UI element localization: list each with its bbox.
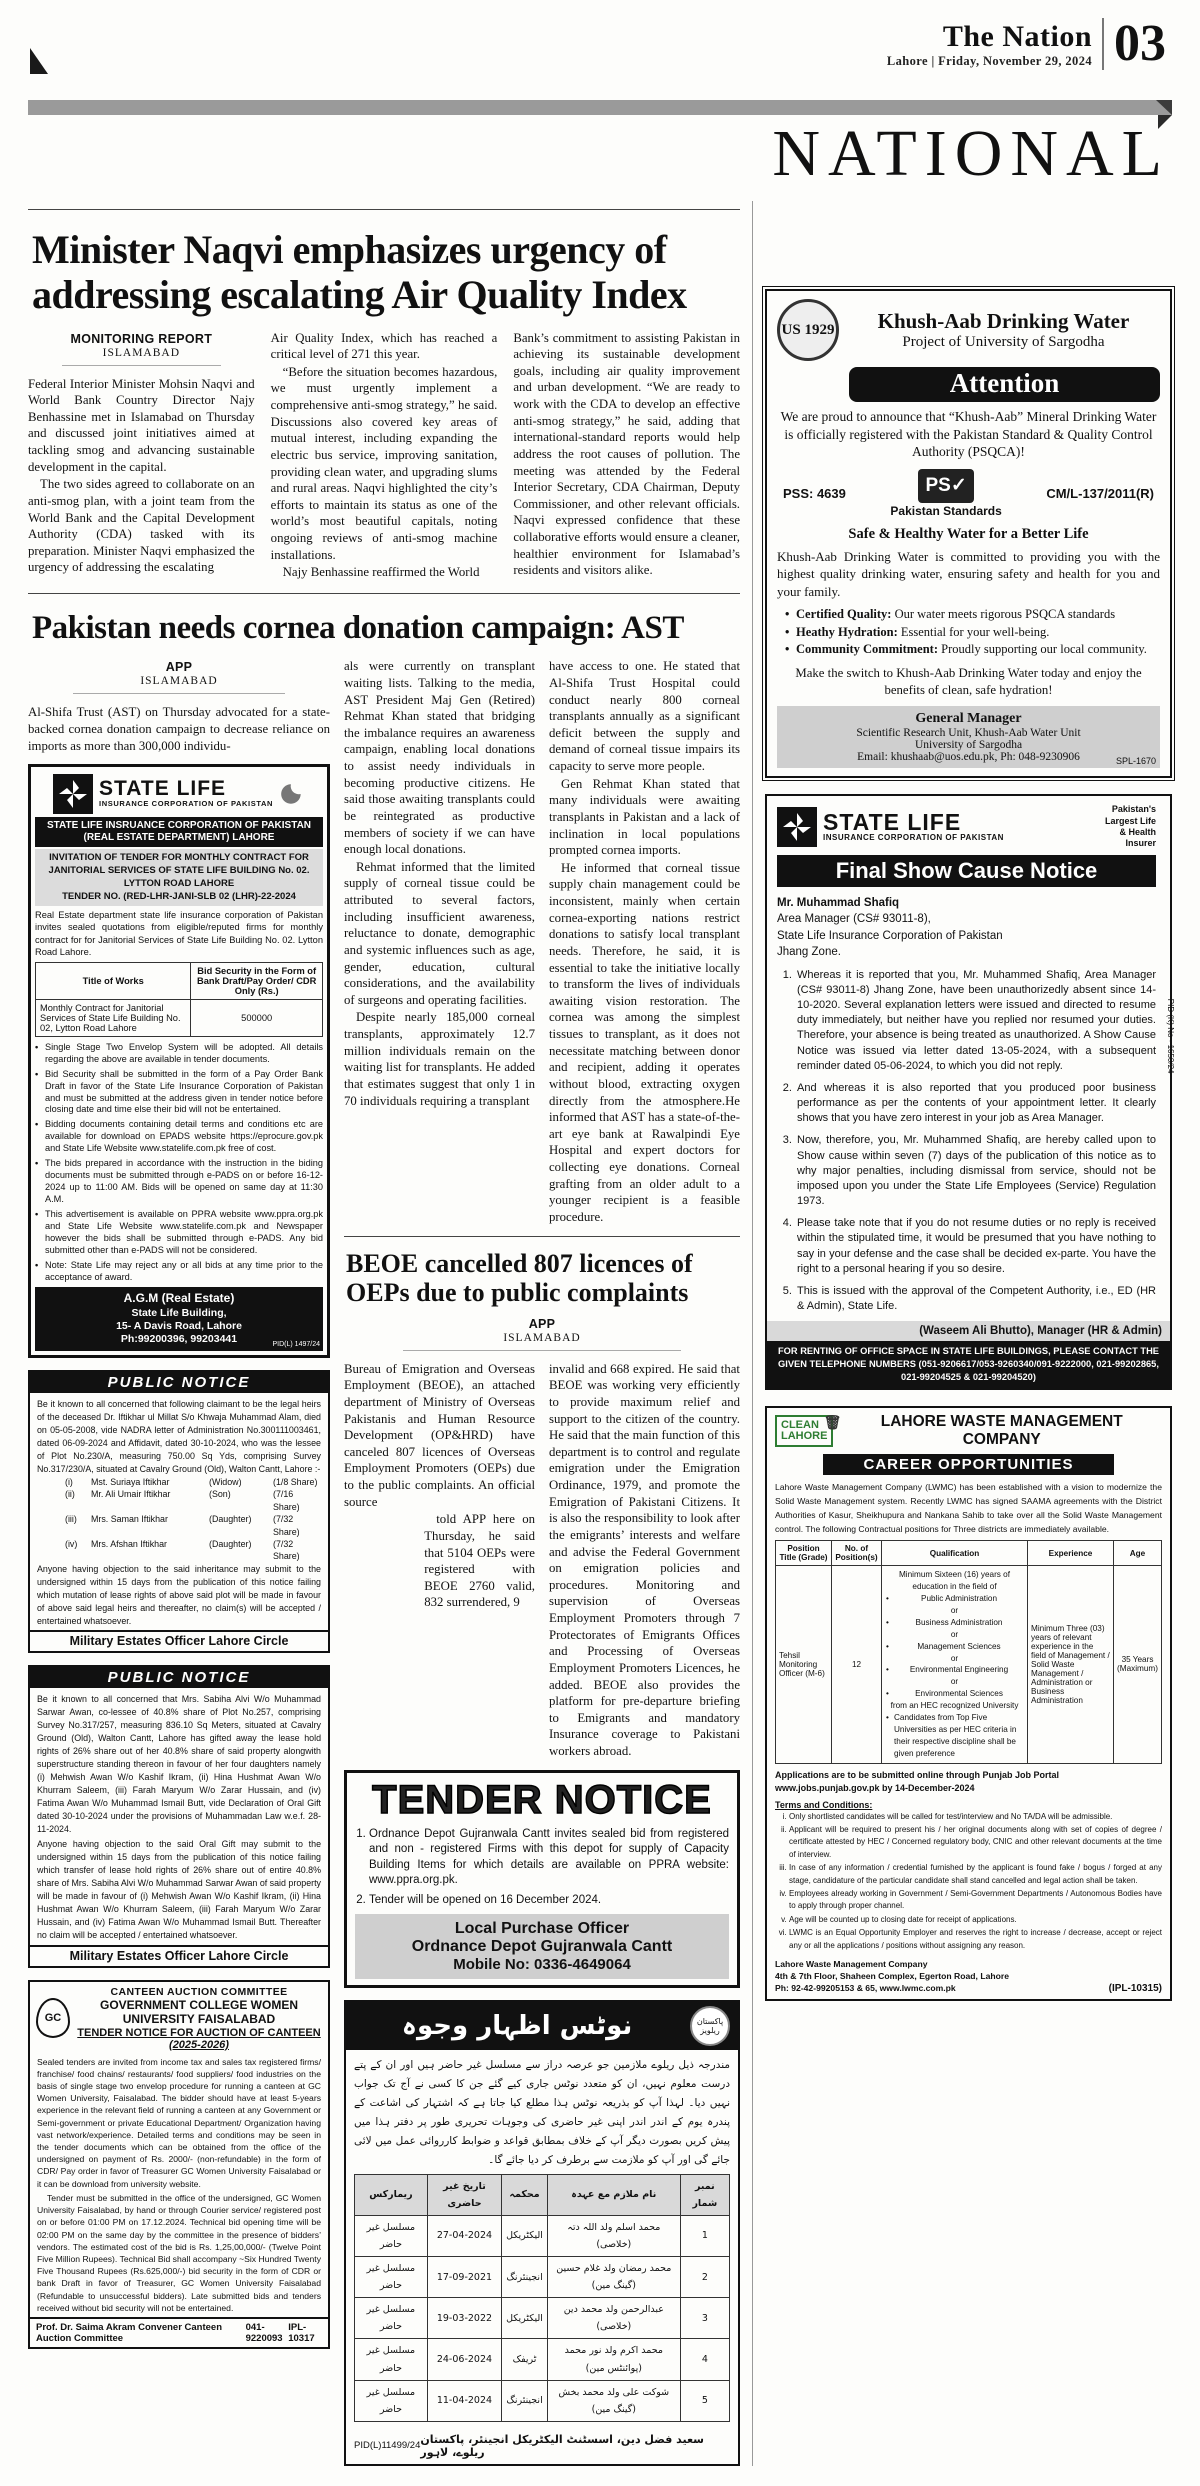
showcause-pid: PID (K) No - 1650/24 bbox=[1167, 998, 1176, 1073]
column-divider bbox=[752, 201, 753, 2466]
statelife-brand-sub: INSURANCE CORPORATION OF PAKISTAN bbox=[99, 799, 273, 808]
body-paragraph: He informed that corneal tissue supply c… bbox=[549, 860, 740, 1226]
terms-item: In case of any information / credential … bbox=[789, 1862, 1162, 1887]
khushaab-ad: US 1929 Khush-Aab Drinking Water Project… bbox=[765, 289, 1172, 778]
byline-source: APP bbox=[344, 1317, 740, 1331]
tender-footer: A.G.M (Real Estate) State Life Building,… bbox=[35, 1287, 323, 1351]
paper-name-block: The Nation Lahore | Friday, November 29,… bbox=[887, 20, 1092, 69]
crescent-icon bbox=[279, 781, 305, 807]
byline-rule bbox=[403, 1350, 680, 1351]
body-paragraph: “Before the situation becomes hazardous,… bbox=[271, 364, 498, 564]
khushaab-bullet: Heathy Hydration: Essential for your wel… bbox=[785, 624, 1160, 642]
khushaab-bullet: Community Commitment: Proudly supporting… bbox=[785, 641, 1160, 659]
article-ast-col1: Al-Shifa Trust (AST) on Thursday advocat… bbox=[28, 704, 330, 754]
article-naqvi-col3: Bank’s commitment to assisting Pakistan … bbox=[513, 330, 740, 581]
urdu-cell: الیکٹریکل bbox=[502, 2215, 548, 2256]
gcwuf-titles: CANTEEN AUCTION COMMITTEE GOVERNMENT COL… bbox=[76, 1986, 322, 2051]
ordnance-tender-item: Tender will be opened on 16 December 202… bbox=[369, 1893, 729, 1909]
gcwuf-header: GC CANTEEN AUCTION COMMITTEE GOVERNMENT … bbox=[30, 1982, 328, 2053]
statelife-brand-block: STATE LIFE INSURANCE CORPORATION OF PAKI… bbox=[823, 812, 1004, 842]
body-paragraph: Despite nearly 185,000 corneal transplan… bbox=[344, 1009, 535, 1109]
urdu-cell: عبدالرحمن ولد محمد دین (خلاصی) bbox=[547, 2298, 680, 2339]
gcwuf-university: GOVERNMENT COLLEGE WOMEN UNIVERSITY FAIS… bbox=[76, 1998, 322, 2026]
statelife-brand: STATE LIFE bbox=[99, 780, 273, 799]
body-paragraph: Rehmat informed that the limited supply … bbox=[344, 859, 535, 1009]
article-beoe-col2: invalid and 668 expired. He said that BE… bbox=[549, 1361, 740, 1760]
ordnance-mobile: Mobile No: 0336-4649064 bbox=[359, 1956, 725, 1973]
gcwuf-tender-title: TENDER NOTICE FOR AUCTION OF CANTEEN (20… bbox=[76, 2027, 322, 2051]
lwmc-position-row: Tehsil Monitoring Officer (M-6) 12 Minim… bbox=[776, 1566, 1162, 1763]
khushaab-contact-box: General Manager Scientific Research Unit… bbox=[777, 706, 1160, 768]
ordnance-contact-box: Local Purchase Officer Ordnance Depot Gu… bbox=[355, 1914, 729, 1979]
article-naqvi-headline: Minister Naqvi emphasizes urgency of add… bbox=[28, 218, 740, 330]
lwmc-company-name: LAHORE WASTE MANAGEMENT COMPANY bbox=[841, 1413, 1162, 1449]
tender-th-security: Bid Security in the Form of Bank Draft/P… bbox=[191, 962, 323, 999]
main-content: Minister Naqvi emphasizes urgency of add… bbox=[28, 201, 1172, 2466]
ordnance-tender-ad: TENDER NOTICE Ordnance Depot Gujranwala … bbox=[344, 1770, 740, 1989]
statelife-brand-block: STATE LIFE INSURANCE CORPORATION OF PAKI… bbox=[99, 780, 273, 808]
ordnance-depot: Ordnance Depot Gujranwala Cantt bbox=[359, 1938, 725, 1956]
urdu-notice-header: پاکستان ریلویز نوٹس اظہار وجوہ bbox=[346, 2002, 738, 2050]
heir-relation: (Daughter) bbox=[209, 1538, 273, 1563]
tender-number: TENDER NO. (RED-LHR-JANI-SLB 02 (LHR)-22… bbox=[37, 891, 321, 904]
paper-name: The Nation bbox=[887, 20, 1092, 54]
byline-source: MONITORING REPORT bbox=[28, 332, 255, 346]
heir-row: (i)Mst. Suriaya Iftikhar(Widow)(1/8 Shar… bbox=[37, 1476, 321, 1488]
showcause-title: Final Show Cause Notice bbox=[777, 855, 1156, 887]
public-notice-2: PUBLIC NOTICE Be it known to all concern… bbox=[28, 1665, 330, 1967]
gcwuf-crest-icon: GC bbox=[36, 1998, 70, 2038]
urdu-cell: 24-06-2024 bbox=[427, 2339, 501, 2380]
body-paragraph: Federal Interior Minister Mohsin Naqvi a… bbox=[28, 376, 255, 476]
byline: MONITORING REPORT ISLAMABAD bbox=[28, 332, 255, 366]
tagline-line: & Health bbox=[1105, 827, 1156, 838]
addressee-name: Mr. Muhammad Shafiq bbox=[777, 895, 1156, 911]
khushaab-commitment: Khush-Aab Drinking Water is committed to… bbox=[777, 548, 1160, 601]
page-corner-icon bbox=[30, 48, 48, 74]
statelife-brand-sub: INSURANCE CORPORATION OF PAKISTAN bbox=[823, 833, 1004, 842]
khushaab-announcement: We are proud to announce that “Khush-Aab… bbox=[777, 408, 1160, 461]
tender-bullet: This advertisement is available on PPRA … bbox=[35, 1209, 323, 1257]
unit-name: Scientific Research Unit, Khush-Aab Wate… bbox=[783, 727, 1154, 739]
qual-item: Public Administration bbox=[885, 1593, 1024, 1605]
urdu-th: نمبر شمار bbox=[680, 2174, 729, 2215]
article-naqvi-col2: Air Quality Index, which has reached a c… bbox=[271, 330, 498, 581]
tender-row-value: 500000 bbox=[191, 999, 323, 1036]
showcause-header: STATE LIFE INSURANCE CORPORATION OF PAKI… bbox=[777, 804, 1156, 849]
public-notice-1-body: Be it known to all concerned that follow… bbox=[30, 1393, 328, 1630]
body-paragraph: Air Quality Index, which has reached a c… bbox=[271, 330, 498, 363]
heir-name: Mrs. Saman Iftikhar bbox=[91, 1513, 209, 1538]
statelife-logo-row: STATE LIFE INSURANCE CORPORATION OF PAKI… bbox=[35, 771, 323, 817]
heir-row: (iii)Mrs. Saman Iftikhar(Daughter)(7/32 … bbox=[37, 1513, 321, 1538]
left-lower-row: APP ISLAMABAD Al-Shifa Trust (AST) on Th… bbox=[28, 658, 740, 2466]
pss-number: PSS: 4639 bbox=[783, 486, 846, 501]
heir-index: (iii) bbox=[65, 1513, 91, 1538]
public-notice-1: PUBLIC NOTICE Be it known to all concern… bbox=[28, 1370, 330, 1653]
divider bbox=[28, 209, 740, 210]
cml-number: CM/L-137/2011(R) bbox=[1046, 486, 1154, 501]
urdu-notice-ad: پاکستان ریلویز نوٹس اظہار وجوہ مندرجہ ذی… bbox=[344, 2000, 740, 2465]
qual-or: or bbox=[885, 1653, 1024, 1665]
left-block: Minister Naqvi emphasizes urgency of add… bbox=[28, 201, 740, 2466]
tender-intro: Real Estate department state life insura… bbox=[35, 909, 323, 957]
tender-bullet: Single Stage Two Envelop System will be … bbox=[35, 1042, 323, 1066]
addressee-line: State Life Insurance Corporation of Paki… bbox=[777, 928, 1156, 944]
bullet-text: Essential for your well-being. bbox=[898, 625, 1050, 639]
ordnance-tender-item: Ordnance Depot Gujranwala Cantt invites … bbox=[369, 1827, 729, 1889]
statelife-dept-bar: STATE LIFE INSRUANCE CORPORATION OF PAKI… bbox=[35, 817, 323, 847]
byline-city: ISLAMABAD bbox=[344, 1332, 740, 1344]
statelife-brand: STATE LIFE bbox=[823, 812, 1004, 833]
showcause-signature: (Waseem Ali Bhutto), Manager (HR & Admin… bbox=[767, 1321, 1170, 1341]
section-bar-fold-icon bbox=[1158, 115, 1172, 129]
tender-invitation-title: INVITATION OF TENDER FOR MONTHLY CONTRAC… bbox=[37, 852, 321, 890]
urdu-table-row: 2محمد رمضان ولد غلام حسین (گینگ مین)انجی… bbox=[355, 2257, 730, 2298]
terms-list: Only shortlisted candidates will be call… bbox=[789, 1811, 1162, 1952]
railways-seal-icon: پاکستان ریلویز bbox=[690, 2006, 730, 2046]
khushaab-bullet-list: Certified Quality: Our water meets rigor… bbox=[785, 606, 1160, 659]
ordnance-tender-list: Ordnance Depot Gujranwala Cantt invites … bbox=[369, 1827, 729, 1909]
body-paragraph: invalid and 668 expired. He said that BE… bbox=[549, 1361, 740, 1760]
masthead: The Nation Lahore | Friday, November 29,… bbox=[28, 18, 1172, 96]
qual-item: Business Administration bbox=[885, 1617, 1024, 1629]
age-cell: 35 Years (Maximum) bbox=[1114, 1566, 1162, 1763]
clean-lahore-logo-icon: CLEAN LAHORE 🗑 bbox=[775, 1415, 833, 1447]
byline-rule bbox=[73, 693, 284, 694]
right-column: US 1929 Khush-Aab Drinking Water Project… bbox=[765, 201, 1172, 2466]
gcwuf-tender-years: (2025-2026) bbox=[169, 2039, 229, 2051]
urdu-cell: مسلسل غیر حاضر bbox=[355, 2298, 428, 2339]
gcwuf-paragraph: Tender must be submitted in the office o… bbox=[37, 2192, 321, 2314]
urdu-table-header-row: نمبر شمار نام ملازم مع عہدہ محکمہ تاریخ … bbox=[355, 2174, 730, 2215]
notice-paragraph: Anyone having objection to the said inhe… bbox=[37, 1563, 321, 1628]
tender-table-row: Monthly Contract for Janitorial Services… bbox=[36, 999, 323, 1036]
urdu-th: نام ملازم مع عہدہ bbox=[547, 2174, 680, 2215]
section-bar bbox=[28, 100, 1172, 115]
body-paragraph: als were currently on transplant waiting… bbox=[344, 658, 535, 858]
heir-index: (iv) bbox=[65, 1538, 91, 1563]
qual-item: Environmental Sciences bbox=[885, 1688, 1024, 1700]
showcause-addressee: Mr. Muhammad Shafiq Area Manager (CS# 93… bbox=[777, 895, 1156, 959]
general-manager: General Manager bbox=[783, 711, 1154, 727]
lwmc-footer-line: Ph: 92-42-99205153 & 65, www.lwmc.com.pk bbox=[775, 1982, 1009, 1994]
position-title-cell: Tehsil Monitoring Officer (M-6) bbox=[776, 1566, 832, 1763]
lwmc-ad-code: (IPL-10315) bbox=[1109, 1983, 1162, 1994]
logo-line: LAHORE bbox=[781, 1431, 827, 1442]
tagline-line: Largest Life bbox=[1105, 816, 1156, 827]
attention-banner: Attention bbox=[849, 367, 1160, 402]
urdu-cell: مسلسل غیر حاضر bbox=[355, 2339, 428, 2380]
qual-note: from an HEC recognized University bbox=[885, 1700, 1024, 1712]
urdu-cell: مسلسل غیر حاضر bbox=[355, 2380, 428, 2421]
urdu-cell: 4 bbox=[680, 2339, 729, 2380]
lwmc-th: No. of Position(s) bbox=[832, 1541, 882, 1566]
urdu-cell: 2 bbox=[680, 2257, 729, 2298]
page-number: 03 bbox=[1114, 18, 1166, 70]
khushaab-title: Khush-Aab Drinking Water bbox=[847, 309, 1160, 334]
tender-bullet: Bid Security shall be submitted in the f… bbox=[35, 1069, 323, 1117]
urdu-notice-body: مندرجہ ذیل ریلوے ملازمین جو عرصہ دراز سے… bbox=[346, 2050, 738, 2427]
qualification-cell: Minimum Sixteen (16) years of education … bbox=[882, 1566, 1028, 1763]
lwmc-th: Position Title (Grade) bbox=[776, 1541, 832, 1566]
urdu-cell: 1 bbox=[680, 2215, 729, 2256]
bullet-label: Community Commitment: bbox=[796, 642, 938, 656]
qual-preference: Candidates from Top Five Universities as… bbox=[885, 1712, 1024, 1760]
urdu-notice-title: نوٹس اظہار وجوہ bbox=[354, 2011, 680, 2041]
gcwuf-tender-title-text: TENDER NOTICE FOR AUCTION OF CANTEEN bbox=[77, 2027, 320, 2039]
tender-bullet: Bidding documents containing detail term… bbox=[35, 1119, 323, 1155]
urdu-th: ریمارکس bbox=[355, 2174, 428, 2215]
body-paragraph-narrow: told APP here on Thursday, he said that … bbox=[424, 1511, 535, 1611]
body-paragraph: Najy Benhassine reaffirmed the World bbox=[271, 564, 498, 581]
bullet-label: Certified Quality: bbox=[796, 607, 891, 621]
lwmc-footer: Lahore Waste Management Company 4th & 7t… bbox=[767, 1956, 1170, 1999]
public-notice-1-footer: Military Estates Officer Lahore Circle bbox=[30, 1630, 328, 1651]
showcause-item: Now, therefore, you, Mr. Muhammed Shafiq… bbox=[795, 1133, 1156, 1209]
qual-or: or bbox=[885, 1605, 1024, 1617]
urdu-paragraph: مندرجہ ذیل ریلوے ملازمین جو عرصہ دراز سے… bbox=[354, 2056, 730, 2169]
urdu-cell: محمد رمضان ولد غلام حسین (گینگ مین) bbox=[547, 2257, 680, 2298]
section-bar-tip-icon bbox=[1156, 100, 1172, 115]
certification-row: PSS: 4639 PS✓ Pakistan Standards CM/L-13… bbox=[783, 469, 1154, 518]
urdu-cell: 3 bbox=[680, 2298, 729, 2339]
article-beoe-columns: Bureau of Emigration and Overseas Employ… bbox=[344, 1361, 740, 1760]
heir-relation: (Daughter) bbox=[209, 1513, 273, 1538]
lwmc-intro: Lahore Waste Management Company (LWMC) h… bbox=[767, 1479, 1170, 1540]
gcwuf-committee: CANTEEN AUCTION COMMITTEE bbox=[76, 1986, 322, 1998]
public-notice-2-title: PUBLIC NOTICE bbox=[30, 1667, 328, 1688]
lwmc-th: Qualification bbox=[882, 1541, 1028, 1566]
tender-table: Title of Works Bid Security in the Form … bbox=[35, 962, 323, 1037]
urdu-notice-footer: PID(L)11499/24 سعید فضل دین، اسسٹنٹ الیک… bbox=[346, 2428, 738, 2464]
gcwuf-canteen-ad: GC CANTEEN AUCTION COMMITTEE GOVERNMENT … bbox=[28, 1980, 330, 2349]
terms-item: Age will be counted up to closing date f… bbox=[789, 1914, 1162, 1926]
terms-item: Only shortlisted candidates will be call… bbox=[789, 1811, 1162, 1823]
urdu-cell: 11-04-2024 bbox=[427, 2380, 501, 2421]
urdu-cell: ٹریفک bbox=[502, 2339, 548, 2380]
subcol-right: als were currently on transplant waiting… bbox=[344, 658, 740, 2466]
article-ast-col3: have access to one. He stated that Al-Sh… bbox=[549, 658, 740, 1225]
tender-pid: PID(L) 1497/24 bbox=[273, 1341, 320, 1348]
byline-rule bbox=[62, 365, 221, 366]
urdu-cell: محمد اسلم ولد اللہ دتہ (خلاصی) bbox=[547, 2215, 680, 2256]
heir-share: (7/32 Share) bbox=[273, 1513, 321, 1538]
heir-index: (ii) bbox=[65, 1488, 91, 1513]
tender-th-title: Title of Works bbox=[36, 962, 191, 999]
gcwuf-code: IPL-10317 bbox=[288, 2322, 322, 2344]
gcwuf-phone: 041-9220093 bbox=[246, 2322, 289, 2344]
terms-item: LWMC is an Equal Opportunity Employer an… bbox=[789, 1927, 1162, 1952]
urdu-cell: انجینئرنگ bbox=[502, 2380, 548, 2421]
lwmc-footer-line: Lahore Waste Management Company bbox=[775, 1958, 1009, 1970]
urdu-cell: 5 bbox=[680, 2380, 729, 2421]
gcwuf-footer: Prof. Dr. Saima Akram Convener Canteen A… bbox=[30, 2317, 328, 2347]
article-beoe: BEOE cancelled 807 licences of OEPs due … bbox=[344, 1245, 740, 1760]
heir-name: Mr. Ali Umair Iftikhar bbox=[91, 1488, 209, 1513]
notice-paragraph: Be it known to all concerned that Mrs. S… bbox=[37, 1693, 321, 1835]
heir-index: (i) bbox=[65, 1476, 91, 1488]
divider bbox=[344, 1236, 740, 1237]
urdu-pid: PID(L)11499/24 bbox=[354, 2440, 420, 2451]
heir-share: (7/16 Share) bbox=[273, 1488, 321, 1513]
urdu-cell: شوکت علی ولد محمد بخش (گینگ مین) bbox=[547, 2380, 680, 2421]
urdu-cell: 19-03-2022 bbox=[427, 2298, 501, 2339]
showcause-item: Please take note that if you do not resu… bbox=[795, 1216, 1156, 1277]
university-of-sargodha-seal-icon: US 1929 bbox=[777, 299, 839, 361]
khushaab-bullet: Certified Quality: Our water meets rigor… bbox=[785, 606, 1160, 624]
gcwuf-body: Sealed tenders are invited from income t… bbox=[30, 2053, 328, 2317]
showcause-footer: FOR RENTING OF OFFICE SPACE IN STATE LIF… bbox=[767, 1341, 1170, 1388]
qual-item: Environmental Engineering bbox=[885, 1664, 1024, 1676]
lwmc-th: Age bbox=[1114, 1541, 1162, 1566]
pakistan-standards-label: Pakistan Standards bbox=[890, 504, 1001, 518]
urdu-th: محکمہ bbox=[502, 2174, 548, 2215]
urdu-table-row: 5شوکت علی ولد محمد بخش (گینگ مین)انجینئر… bbox=[355, 2380, 730, 2421]
article-naqvi-col1: MONITORING REPORT ISLAMABAD Federal Inte… bbox=[28, 330, 255, 581]
ad-code: SPL-1670 bbox=[1116, 756, 1156, 766]
showcause-item: This is issued with the approval of the … bbox=[795, 1284, 1156, 1314]
byline-city: ISLAMABAD bbox=[28, 347, 255, 359]
bullet-text: Our water meets rigorous PSQCA standards bbox=[891, 607, 1115, 621]
statelife-logo-icon bbox=[777, 807, 817, 847]
divider bbox=[28, 593, 740, 594]
tender-address-line: State Life Building, bbox=[37, 1307, 321, 1320]
khushaab-tagline: Safe & Healthy Water for a Better Life bbox=[777, 526, 1160, 543]
tender-bullet: Note: State Life may reject any or all b… bbox=[35, 1260, 323, 1284]
article-naqvi-columns: MONITORING REPORT ISLAMABAD Federal Inte… bbox=[28, 330, 740, 581]
gcwuf-convener: Prof. Dr. Saima Akram Convener Canteen A… bbox=[36, 2322, 246, 2344]
qual-or: or bbox=[885, 1676, 1024, 1688]
showcause-item-list: Whereas it is reported that you, Mr. Muh… bbox=[795, 968, 1156, 1315]
heir-name: Mst. Suriaya Iftikhar bbox=[91, 1476, 209, 1488]
subcol-left: APP ISLAMABAD Al-Shifa Trust (AST) on Th… bbox=[28, 658, 330, 2466]
experience-cell: Minimum Three (03) years of relevant exp… bbox=[1028, 1566, 1114, 1763]
contact-line: Email: khushaab@uos.edu.pk, Ph: 048-9230… bbox=[783, 751, 1154, 763]
lwmc-address: Lahore Waste Management Company 4th & 7t… bbox=[775, 1958, 1009, 1994]
bullet-label: Heathy Hydration: bbox=[796, 625, 898, 639]
body-paragraph: Al-Shifa Trust (AST) on Thursday advocat… bbox=[28, 704, 330, 754]
tagline-line: Insurer bbox=[1105, 838, 1156, 849]
qual-item: Management Sciences bbox=[885, 1641, 1024, 1653]
statelife-tagline: Pakistan's Largest Life & Health Insurer bbox=[1105, 804, 1156, 849]
public-notice-2-body: Be it known to all concerned that Mrs. S… bbox=[30, 1688, 328, 1944]
notice-paragraph: Anyone having objection to the said Oral… bbox=[37, 1838, 321, 1941]
section-title: NATIONAL bbox=[772, 117, 1170, 190]
tender-invitation: INVITATION OF TENDER FOR MONTHLY CONTRAC… bbox=[35, 849, 323, 906]
heir-relation: (Son) bbox=[209, 1488, 273, 1513]
urdu-cell: انجینئرنگ bbox=[502, 2257, 548, 2298]
statelife-logo-icon bbox=[53, 774, 93, 814]
byline-source: APP bbox=[28, 660, 330, 674]
urdu-th: تاریخ غیر حاضری bbox=[427, 2174, 501, 2215]
body-paragraph: The two sides agreed to collaborate on a… bbox=[28, 476, 255, 576]
byline: APP ISLAMABAD bbox=[28, 660, 330, 694]
body-paragraph: Bureau of Emigration and Overseas Employ… bbox=[344, 1361, 535, 1511]
article-ast-col2: als were currently on transplant waiting… bbox=[344, 658, 535, 1225]
public-notice-1-title: PUBLIC NOTICE bbox=[30, 1372, 328, 1393]
terms-title: Terms and Conditions: bbox=[767, 1798, 1170, 1811]
heir-row: (iv)Mrs. Afshan Iftikhar(Daughter)(7/32 … bbox=[37, 1538, 321, 1563]
qual-intro: Minimum Sixteen (16) years of education … bbox=[885, 1569, 1024, 1593]
addressee-line: Area Manager (CS# 93011-8), bbox=[777, 911, 1156, 927]
tender-address-line: 15- A Davis Road, Lahore bbox=[37, 1320, 321, 1333]
ordnance-tender-title: TENDER NOTICE bbox=[355, 1779, 729, 1821]
showcause-ad: STATE LIFE INSURANCE CORPORATION OF PAKI… bbox=[765, 794, 1172, 1390]
heir-share: (1/8 Share) bbox=[273, 1476, 321, 1488]
urdu-table-row: 1محمد اسلم ولد اللہ دتہ (خلاصی)الیکٹریکل… bbox=[355, 2215, 730, 2256]
urdu-cell: 27-04-2024 bbox=[427, 2215, 501, 2256]
tender-bullet: The bids prepared in accordance with the… bbox=[35, 1158, 323, 1206]
khushaab-titles: Khush-Aab Drinking Water Project of Univ… bbox=[847, 309, 1160, 351]
body-paragraph: have access to one. He stated that Al-Sh… bbox=[549, 658, 740, 774]
position-count-cell: 12 bbox=[832, 1566, 882, 1763]
khushaab-header: US 1929 Khush-Aab Drinking Water Project… bbox=[777, 299, 1160, 361]
terms-item: Employees already working in Government … bbox=[789, 1888, 1162, 1913]
article-beoe-col1: Bureau of Emigration and Overseas Employ… bbox=[344, 1361, 535, 1760]
lwmc-footer-line: 4th & 7th Floor, Shaheen Complex, Egerto… bbox=[775, 1970, 1009, 1982]
showcause-item: Whereas it is reported that you, Mr. Muh… bbox=[795, 968, 1156, 1074]
article-ast-headline: Pakistan needs cornea donation campaign:… bbox=[28, 602, 740, 656]
body-paragraph: Gen Rehmat Khan stated that many individ… bbox=[549, 776, 740, 859]
bullet-text: Proudly supporting our local community. bbox=[938, 642, 1147, 656]
tender-row-title: Monthly Contract for Janitorial Services… bbox=[36, 999, 191, 1036]
public-notice-2-footer: Military Estates Officer Lahore Circle bbox=[30, 1945, 328, 1966]
ordnance-officer: Local Purchase Officer bbox=[359, 1920, 725, 1938]
pakistan-standards-logo: PS✓ Pakistan Standards bbox=[890, 469, 1001, 518]
urdu-cell: 17-09-2021 bbox=[427, 2257, 501, 2298]
byline: APP ISLAMABAD bbox=[344, 1317, 740, 1351]
lwmc-careers-ad: CLEAN LAHORE 🗑 LAHORE WASTE MANAGEMENT C… bbox=[765, 1406, 1172, 2001]
lwmc-apply-line: Applications are to be submitted online … bbox=[767, 1764, 1170, 1798]
body-paragraph: Bank’s commitment to assisting Pakistan … bbox=[513, 330, 740, 579]
heir-share: (7/32 Share) bbox=[273, 1538, 321, 1563]
gcwuf-paragraph: Sealed tenders are invited from income t… bbox=[37, 2056, 321, 2190]
khushaab-subtitle: Project of University of Sargodha bbox=[847, 334, 1160, 351]
heir-row: (ii)Mr. Ali Umair Iftikhar(Son)(7/16 Sha… bbox=[37, 1488, 321, 1513]
pakistan-standards-mark-icon: PS✓ bbox=[918, 469, 974, 503]
newspaper-page: The Nation Lahore | Friday, November 29,… bbox=[0, 0, 1200, 2486]
masthead-divider bbox=[1102, 18, 1104, 70]
tender-table-header-row: Title of Works Bid Security in the Form … bbox=[36, 962, 323, 999]
showcause-item: And whereas it is also reported that you… bbox=[795, 1081, 1156, 1127]
section-row: NATIONAL bbox=[28, 115, 1172, 191]
urdu-table: نمبر شمار نام ملازم مع عہدہ محکمہ تاریخ … bbox=[354, 2174, 730, 2422]
qual-or: or bbox=[885, 1629, 1024, 1641]
byline-city: ISLAMABAD bbox=[28, 675, 330, 687]
urdu-cell: محمد اکرم ولد نور محمد (پوائنٹس مین) bbox=[547, 2339, 680, 2380]
urdu-table-row: 4محمد اکرم ولد نور محمد (پوائنٹس مین)ٹری… bbox=[355, 2339, 730, 2380]
waste-bin-icon: 🗑 bbox=[824, 1415, 842, 1429]
urdu-cell: مسلسل غیر حاضر bbox=[355, 2215, 428, 2256]
career-opportunities-banner: CAREER OPPORTUNITIES bbox=[823, 1454, 1113, 1475]
statelife-tender-ad: STATE LIFE INSURANCE CORPORATION OF PAKI… bbox=[28, 764, 330, 1358]
tender-signoff: A.G.M (Real Estate) bbox=[37, 1291, 321, 1305]
heir-name: Mrs. Afshan Iftikhar bbox=[91, 1538, 209, 1563]
date-line: Lahore | Friday, November 29, 2024 bbox=[887, 54, 1092, 69]
lwmc-positions-table: Position Title (Grade) No. of Position(s… bbox=[775, 1540, 1162, 1763]
lwmc-th: Experience bbox=[1028, 1541, 1114, 1566]
tagline-line: Pakistan's bbox=[1105, 804, 1156, 815]
article-beoe-headline: BEOE cancelled 807 licences of OEPs due … bbox=[344, 1245, 740, 1315]
urdu-table-row: 3عبدالرحمن ولد محمد دین (خلاصی)الیکٹریکل… bbox=[355, 2298, 730, 2339]
urdu-cell: مسلسل غیر حاضر bbox=[355, 2257, 428, 2298]
article-ast-columns: als were currently on transplant waiting… bbox=[344, 658, 740, 1225]
urdu-signoff: سعید فضل دین، اسسٹنٹ الیکٹریکل انجینئر، … bbox=[420, 2433, 730, 2459]
urdu-cell: الیکٹریکل bbox=[502, 2298, 548, 2339]
article-naqvi: Minister Naqvi emphasizes urgency of add… bbox=[28, 218, 740, 581]
lwmc-table-header-row: Position Title (Grade) No. of Position(s… bbox=[776, 1541, 1162, 1566]
